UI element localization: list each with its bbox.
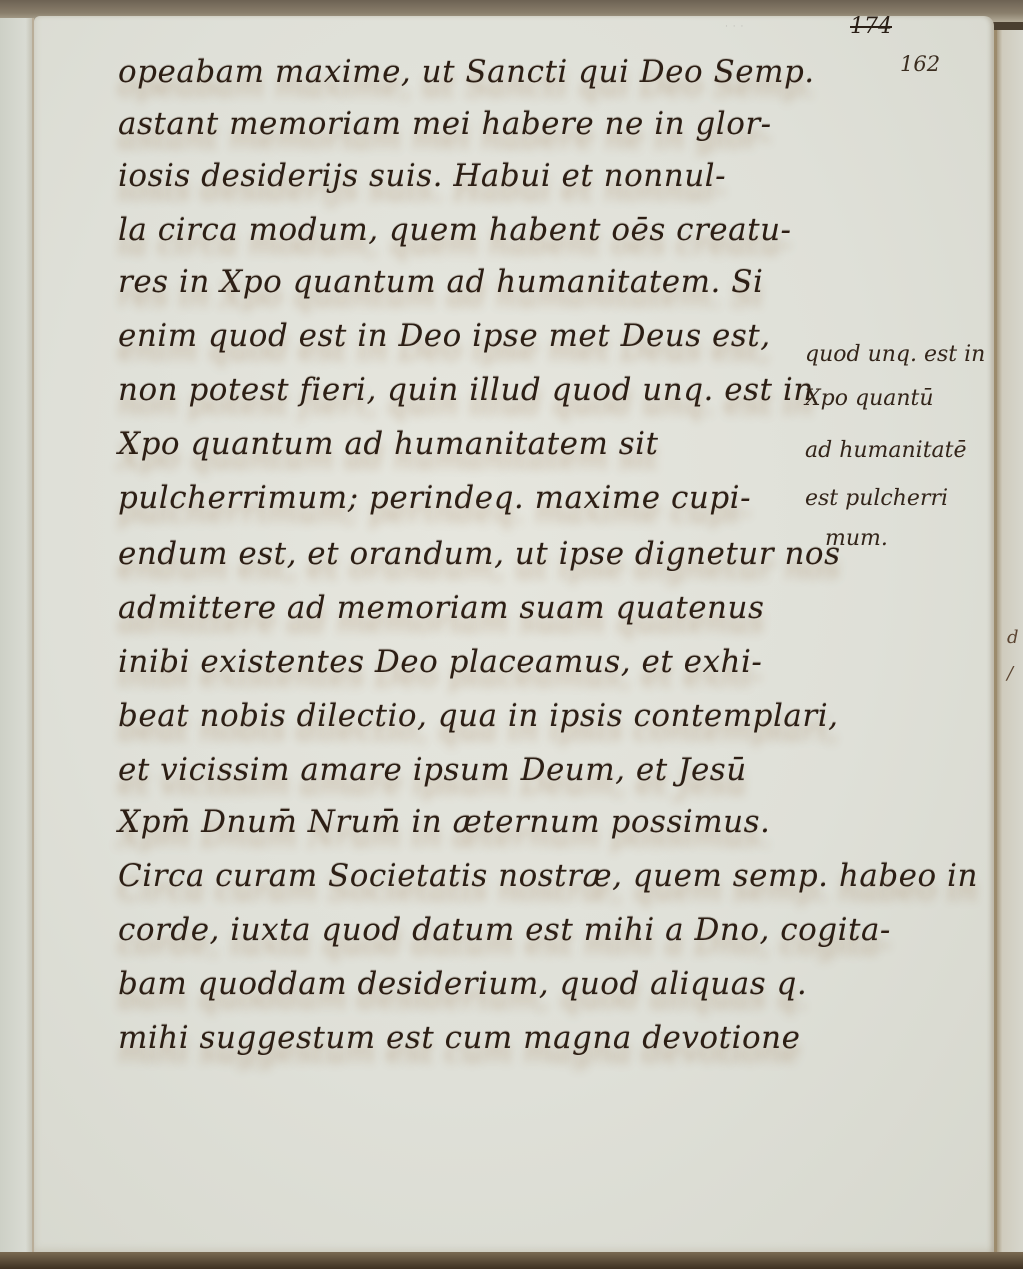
fragment-glyph: d xyxy=(1007,620,1019,656)
text-line: iosis desiderijs suis. Habui et nonnul- xyxy=(118,158,726,194)
text-line: corde, iuxta quod datum est mihi a Dno, … xyxy=(118,912,891,948)
text-line: non potest fieri, quin illud quod unq. e… xyxy=(118,372,814,408)
text-line: beat nobis dilectio, qua in ipsis contem… xyxy=(118,698,839,734)
margin-line: quod unq. est in xyxy=(805,342,985,367)
text-line: inibi existentes Deo placeamus, et exhi- xyxy=(118,644,762,680)
volume-bottom-edge xyxy=(0,1252,1023,1269)
fragment-glyph: / xyxy=(1007,656,1019,692)
text-line: admittere ad memoriam suam quatenus xyxy=(118,590,764,626)
text-line: endum est, et orandum, ut ipse dignetur … xyxy=(118,536,840,572)
folio-number: 162 xyxy=(900,52,940,76)
facing-page-fragment: d / xyxy=(1007,620,1019,692)
previous-leaf-edge xyxy=(0,18,34,1254)
margin-line: mum. xyxy=(825,526,888,551)
faded-stamp: · · · xyxy=(725,22,795,44)
text-line: et vicissim amare ipsum Deum, et Jesū xyxy=(118,752,747,788)
text-line: mihi suggestum est cum magna devotione xyxy=(118,1020,800,1056)
text-line: enim quod est in Deo ipse met Deus est, xyxy=(118,318,771,354)
struck-folio-number: 174 xyxy=(850,14,892,39)
manuscript-page xyxy=(34,16,994,1256)
text-line: pulcherrimum; perindeq. maxime cupi- xyxy=(118,480,751,516)
text-line: la circa modum, quem habent oēs creatu- xyxy=(118,212,792,248)
text-line: Xpo quantum ad humanitatem sit xyxy=(118,426,659,462)
text-line: Circa curam Societatis nostræ, quem semp… xyxy=(118,858,978,894)
text-line: Xpm̄ Dnum̄ Nrum̄ in æternum possimus. xyxy=(118,804,770,840)
margin-line: Xpo quantū xyxy=(805,386,934,411)
text-line: bam quoddam desiderium, quod aliquas q. xyxy=(118,966,807,1002)
margin-line: est pulcherri xyxy=(805,486,948,511)
text-line: astant memoriam mei habere ne in glor- xyxy=(118,106,772,142)
text-line: res in Xpo quantum ad humanitatem. Si xyxy=(118,264,763,300)
text-line: opeabam maxime, ut Sancti qui Deo Semp. xyxy=(118,54,815,90)
margin-line: ad humanitatē xyxy=(805,438,967,463)
